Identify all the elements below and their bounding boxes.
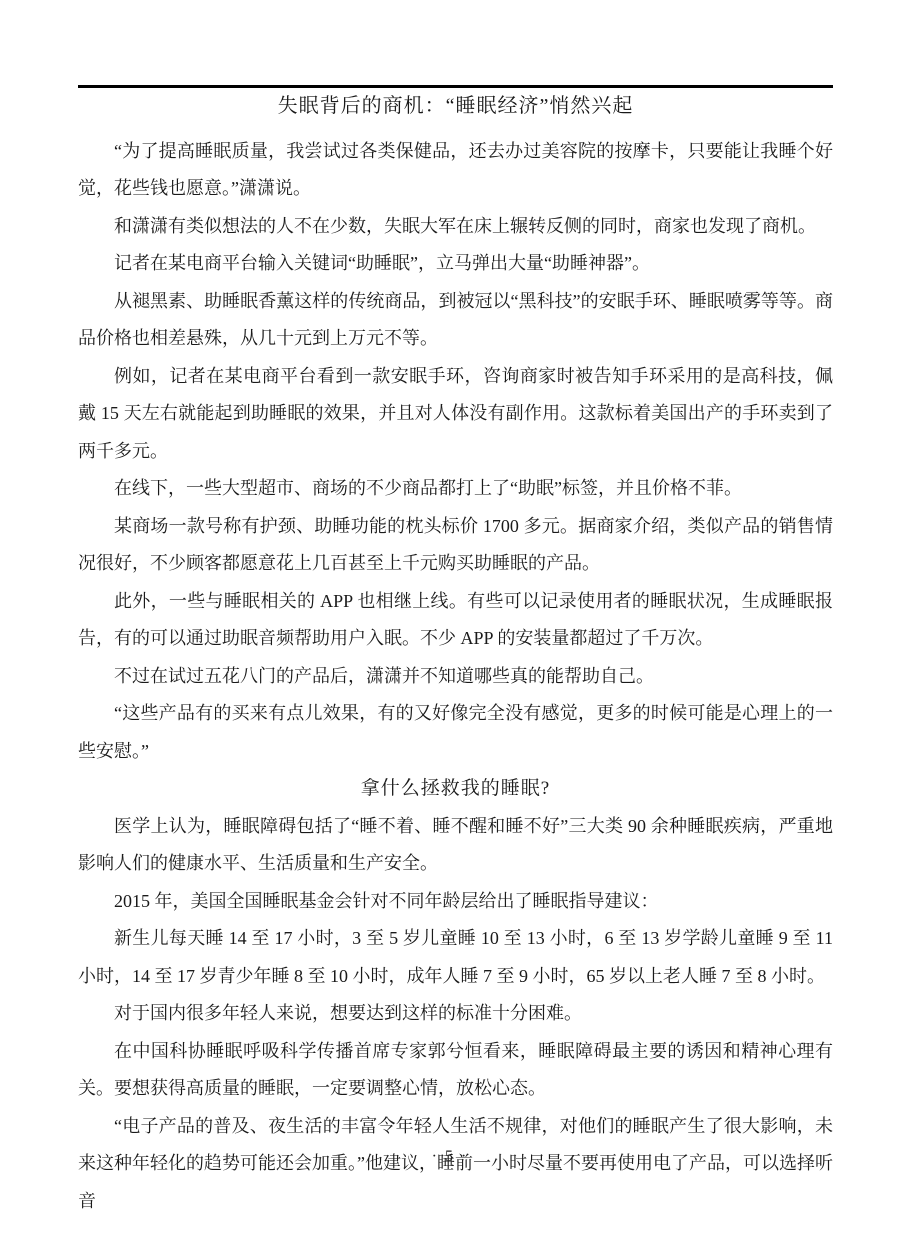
document-page: 失眠背后的商机：“睡眠经济”悄然兴起 “为了提高睡眠质量，我尝试过各类保健品，还… bbox=[0, 0, 900, 1246]
paragraph: 和潇潇有类似想法的人不在少数，失眠大军在床上辗转反侧的同时，商家也发现了商机。 bbox=[78, 208, 833, 246]
paragraph: 记者在某电商平台输入关键词“助睡眠”，立马弹出大量“助睡神器”。 bbox=[78, 245, 833, 283]
paragraph: 例如，记者在某电商平台看到一款安眠手环，咨询商家时被告知手环采用的是高科技，佩戴… bbox=[78, 358, 833, 471]
paragraph: 从褪黑素、助睡眠香薰这样的传统商品，到被冠以“黑科技”的安眠手环、睡眠喷雾等等。… bbox=[78, 283, 833, 358]
paragraph: 在中国科协睡眠呼吸科学传播首席专家郭兮恒看来，睡眠障碍最主要的诱因和精神心理有关… bbox=[78, 1033, 833, 1108]
paragraph: 医学上认为，睡眠障碍包括了“睡不着、睡不醒和睡不好”三大类 90 余种睡眠疾病，… bbox=[78, 808, 833, 883]
paragraph: 新生儿每天睡 14 至 17 小时，3 至 5 岁儿童睡 10 至 13 小时，… bbox=[78, 920, 833, 995]
section1-body: “为了提高睡眠质量，我尝试过各类保健品，还去办过美容院的按摩卡，只要能让我睡个好… bbox=[78, 133, 833, 771]
paragraph: 此外，一些与睡眠相关的 APP 也相继上线。有些可以记录使用者的睡眠状况，生成睡… bbox=[78, 583, 833, 658]
page-content: 失眠背后的商机：“睡眠经济”悄然兴起 “为了提高睡眠质量，我尝试过各类保健品，还… bbox=[78, 0, 833, 1220]
paragraph: “这些产品有的买来有点儿效果，有的又好像完全没有感觉，更多的时候可能是心理上的一… bbox=[78, 695, 833, 770]
paragraph: 某商场一款号称有护颈、助睡功能的枕头标价 1700 多元。据商家介绍，类似产品的… bbox=[78, 508, 833, 583]
paragraph: 不过在试过五花八门的产品后，潇潇并不知道哪些真的能帮助自己。 bbox=[78, 658, 833, 696]
paragraph: 在线下，一些大型超市、商场的不少商品都打上了“助眠”标签，并且价格不菲。 bbox=[78, 470, 833, 508]
section2-title: 拿什么拯救我的睡眠? bbox=[78, 770, 833, 808]
paragraph: “为了提高睡眠质量，我尝试过各类保健品，还去办过美容院的按摩卡，只要能让我睡个好… bbox=[78, 133, 833, 208]
page-number: · 5 · bbox=[0, 1148, 900, 1166]
paragraph: 对于国内很多年轻人来说，想要达到这样的标准十分困难。 bbox=[78, 995, 833, 1033]
paragraph: 2015 年，美国全国睡眠基金会针对不同年龄层给出了睡眠指导建议： bbox=[78, 883, 833, 921]
article-title: 失眠背后的商机：“睡眠经济”悄然兴起 bbox=[78, 88, 833, 126]
